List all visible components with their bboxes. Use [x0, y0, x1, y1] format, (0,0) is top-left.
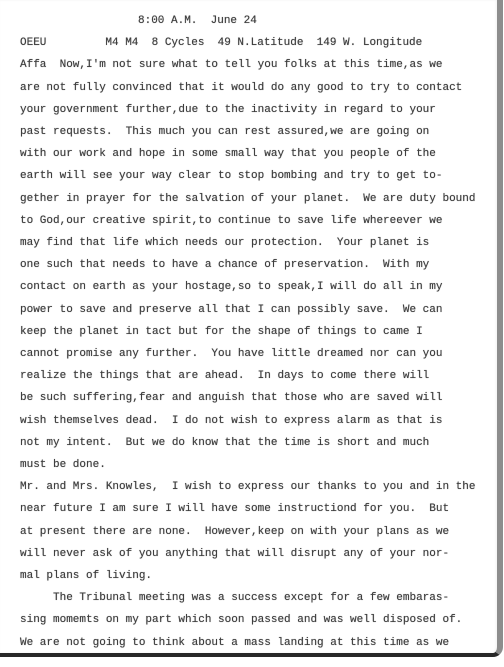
station-callsign: OEEU [20, 37, 46, 49]
letter-line: must be done. [20, 454, 493, 476]
letter-line: keep the planet in tact but for the shap… [20, 321, 493, 343]
letter-line: realize the things that are ahead. In da… [20, 365, 493, 387]
letter-line: at present there are none. However,keep … [20, 521, 493, 543]
letter-line: gether in prayer for the salvation of yo… [20, 188, 493, 210]
letter-line: earth will see your way clear to stop bo… [20, 165, 493, 187]
station-details: M4 M4 8 Cycles 49 N.Latitude 149 W. Long… [105, 37, 422, 49]
timestamp-line: 8:00 A.M. June 24 [20, 10, 493, 32]
letter-line: power to save and preserve all that I ca… [20, 299, 493, 321]
station-line: OEEUM4 M4 8 Cycles 49 N.Latitude 149 W. … [20, 32, 493, 54]
letter-line: contact on earth as your hostage,so to s… [20, 276, 493, 298]
letter-line: not my intent. But we do know that the t… [20, 432, 493, 454]
letter-line: may find that life which needs our prote… [20, 232, 493, 254]
letter-line: to God,our creative spirit,to continue t… [20, 210, 493, 232]
letter-line: mal plans of living. [20, 565, 493, 587]
letter-line: past requests. This much you can rest as… [20, 121, 493, 143]
letter-line: Affa Now,I'm not sure what to tell you f… [20, 54, 493, 76]
letter-line: be such suffering,fear and anguish that … [20, 387, 493, 409]
scanned-letter-image: 8:00 A.M. June 24 OEEUM4 M4 8 Cycles 49 … [0, 0, 504, 667]
letter-line: are not fully convinced that it would do… [20, 77, 493, 99]
letter-line: The Tribunal meeting was a success excep… [20, 587, 493, 609]
letter-line: your government further,due to the inact… [20, 99, 493, 121]
letter-line: near future I am sure I will have some i… [20, 498, 493, 520]
letter-line: will never ask of you anything that will… [20, 543, 493, 565]
letter-line: Mr. and Mrs. Knowles, I wish to express … [20, 476, 493, 498]
letter-page: 8:00 A.M. June 24 OEEUM4 M4 8 Cycles 49 … [0, 0, 503, 657]
letter-line: one such that needs to have a chance of … [20, 254, 493, 276]
letter-line: wish themselves dead. I do not wish to e… [20, 410, 493, 432]
letter-line: cannot promise any further. You have lit… [20, 343, 493, 365]
letter-line: with our work and hope in some small way… [20, 143, 493, 165]
letter-line: We are not going to think about a mass l… [20, 632, 493, 654]
letter-line: sing momemts on my part which soon passe… [20, 609, 493, 631]
